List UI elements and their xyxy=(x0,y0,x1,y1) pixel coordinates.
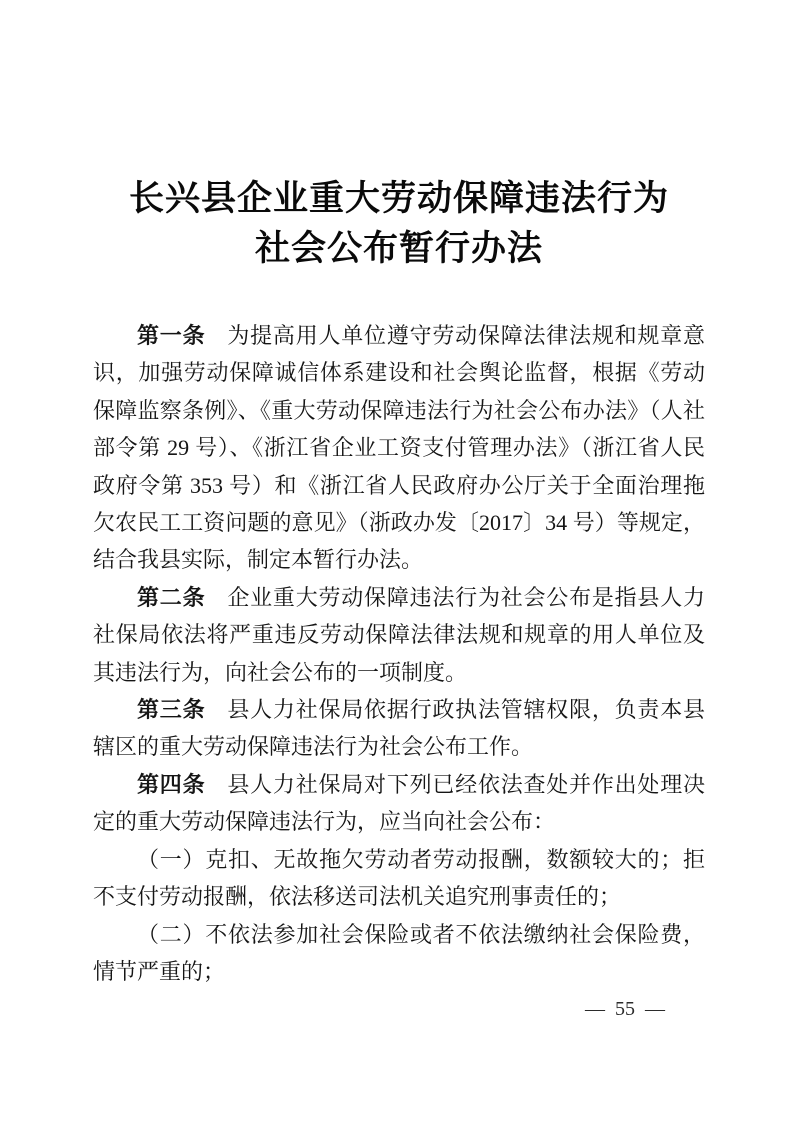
document-body: 第一条为提高用人单位遵守劳动保障法律法规和规章意识，加强劳动保障诚信体系建设和社… xyxy=(93,317,705,990)
page-number-value: 55 xyxy=(615,998,635,1020)
list-item-paragraph-2: （二）不依法参加社会保险或者不依法缴纳社会保险费，情节严重的； xyxy=(93,916,705,991)
document-page: 长兴县企业重大劳动保障违法行为 社会公布暂行办法 第一条为提高用人单位遵守劳动保… xyxy=(0,0,794,1123)
article-1-text: 为提高用人单位遵守劳动保障法律法规和规章意识，加强劳动保障诚信体系建设和社会舆论… xyxy=(93,323,705,572)
article-1-number: 第一条 xyxy=(137,323,205,348)
page-number: —55— xyxy=(580,997,670,1021)
list-item-paragraph-1: （一）克扣、无故拖欠劳动者劳动报酬，数额较大的；拒不支付劳动报酬，依法移送司法机… xyxy=(93,841,705,916)
article-3-number: 第三条 xyxy=(137,697,205,722)
article-paragraph-3: 第三条县人力社保局依据行政执法管辖权限，负责本县辖区的重大劳动保障违法行为社会公… xyxy=(93,691,705,766)
article-2-number: 第二条 xyxy=(137,585,205,610)
page-number-dash-right: — xyxy=(645,998,665,1020)
article-paragraph-1: 第一条为提高用人单位遵守劳动保障法律法规和规章意识，加强劳动保障诚信体系建设和社… xyxy=(93,317,705,579)
article-paragraph-2: 第二条企业重大劳动保障违法行为社会公布是指县人力社保局依法将严重违反劳动保障法律… xyxy=(93,579,705,691)
document-title-line-2: 社会公布暂行办法 xyxy=(93,224,705,274)
document-title-line-1: 长兴县企业重大劳动保障违法行为 xyxy=(93,174,705,224)
list-item-2-text: （二）不依法参加社会保险或者不依法缴纳社会保险费，情节严重的； xyxy=(93,922,705,984)
article-4-number: 第四条 xyxy=(137,772,205,797)
page-number-dash-left: — xyxy=(585,998,605,1020)
list-item-1-text: （一）克扣、无故拖欠劳动者劳动报酬，数额较大的；拒不支付劳动报酬，依法移送司法机… xyxy=(93,847,705,909)
document-title: 长兴县企业重大劳动保障违法行为 社会公布暂行办法 xyxy=(93,174,705,274)
article-paragraph-4: 第四条县人力社保局对下列已经依法查处并作出处理决定的重大劳动保障违法行为，应当向… xyxy=(93,766,705,841)
